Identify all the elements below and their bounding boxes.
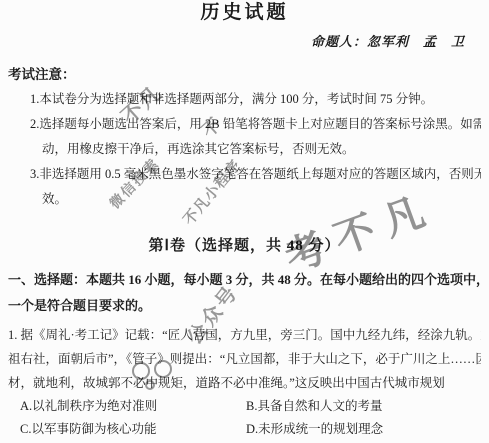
option-c: C.以军事防御为核心功能 (20, 418, 246, 441)
instructions-line-1: 一、选择题：本题共 16 小题，每小题 3 分，共 48 分。在每小题给出的四个… (8, 267, 481, 293)
options-row-2: C.以军事防御为核心功能 D.未形成统一的规划理念 (8, 418, 481, 441)
notice-item-3-line-2: 效。 (30, 187, 481, 212)
option-d: D.未形成统一的规划理念 (246, 418, 383, 441)
byline: 命题人：忽军利 孟 卫 (8, 34, 481, 50)
notice-list: 1.本试卷分为选择题和非选择题两部分，满分 100 分，考试时间 75 分钟。 … (8, 87, 481, 212)
question-1-stem-line-1: 1. 据《周礼·考工记》记载：“匠人营国，方九里，旁三门。国中九经九纬，经涂九轨… (8, 323, 481, 347)
question-1-stem-line-3: 材，就地利，故城郭不必中规矩，道路不必中准绳。”这反映出中国古代城市规划 (8, 371, 481, 395)
section-1-instructions: 一、选择题：本题共 16 小题，每小题 3 分，共 48 分。在每小题给出的四个… (8, 267, 481, 319)
instructions-line-2: 一个是符合题目要求的。 (8, 293, 481, 319)
exam-paper-page: 历史试题 命题人：忽军利 孟 卫 考试注意： 1.本试卷分为选择题和非选择题两部… (0, 0, 489, 443)
option-a: A.以礼制秩序为绝对准则 (20, 395, 246, 418)
question-1: 1. 据《周礼·考工记》记载：“匠人营国，方九里，旁三门。国中九经九纬，经涂九轨… (8, 323, 481, 441)
options-row-1: A.以礼制秩序为绝对准则 B.具备自然和人文的考量 (8, 395, 481, 418)
notice-heading: 考试注意： (8, 66, 481, 84)
byline-names: 忽军利 孟 卫 (367, 34, 465, 49)
notice-item-2-line-2: 动，用橡皮擦干净后，再选涂其它答案标号，否则无效。 (30, 137, 481, 162)
option-b: B.具备自然和人文的考量 (246, 395, 382, 418)
notice-item-2-line-1: 2.选择题每小题选出答案后，用 2B 铅笔将答题卡上对应题目的答案标号涂黑。如需… (30, 112, 481, 137)
section-1-heading: 第Ⅰ卷（选择题，共 48 分） (8, 236, 481, 256)
notice-item-1-line-1: 1.本试卷分为选择题和非选择题两部分，满分 100 分，考试时间 75 分钟。 (30, 87, 481, 112)
notice-item-3-line-1: 3.非选择题用 0.5 毫米黑色墨水签字笔答在答题纸上每题对应的答题区域内，否则… (30, 162, 481, 187)
page-title: 历史试题 (8, 2, 481, 24)
question-1-stem-line-2: 祖右社，面朝后市”，《管子》则提出：“凡立国都，非于大山之下，必于广川之上……因… (8, 347, 481, 371)
byline-label: 命题人： (311, 34, 367, 49)
exam-content: 历史试题 命题人：忽军利 孟 卫 考试注意： 1.本试卷分为选择题和非选择题两部… (0, 2, 489, 441)
